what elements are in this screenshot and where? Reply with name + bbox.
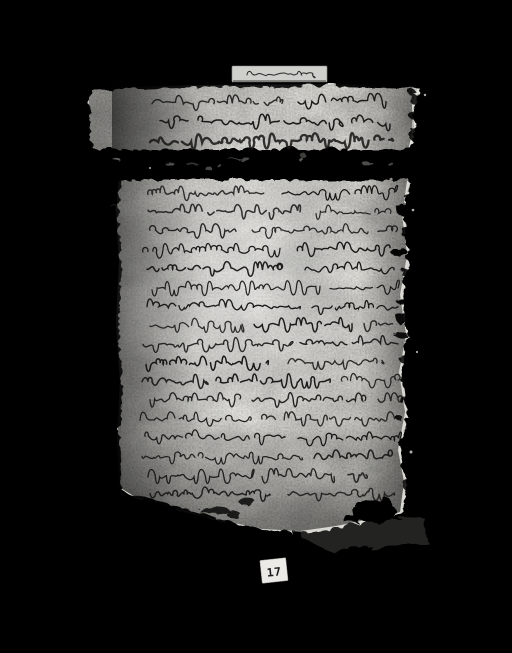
manuscript-page xyxy=(80,75,430,553)
dust-speck xyxy=(149,167,151,169)
caption-strip-shadow xyxy=(233,80,326,83)
photo-stage: 17 xyxy=(0,0,512,653)
caption-strip xyxy=(232,66,327,83)
page-number: 17 xyxy=(266,564,282,579)
manuscript-photo: 17 xyxy=(0,0,512,653)
dust-speck xyxy=(410,451,413,454)
dust-speck xyxy=(424,94,426,96)
paper-texture xyxy=(80,75,430,553)
page-number-label: 17 xyxy=(260,558,288,584)
dust-speck xyxy=(416,351,418,353)
leaf-separation-band xyxy=(88,146,421,178)
dust-speck xyxy=(412,209,415,212)
